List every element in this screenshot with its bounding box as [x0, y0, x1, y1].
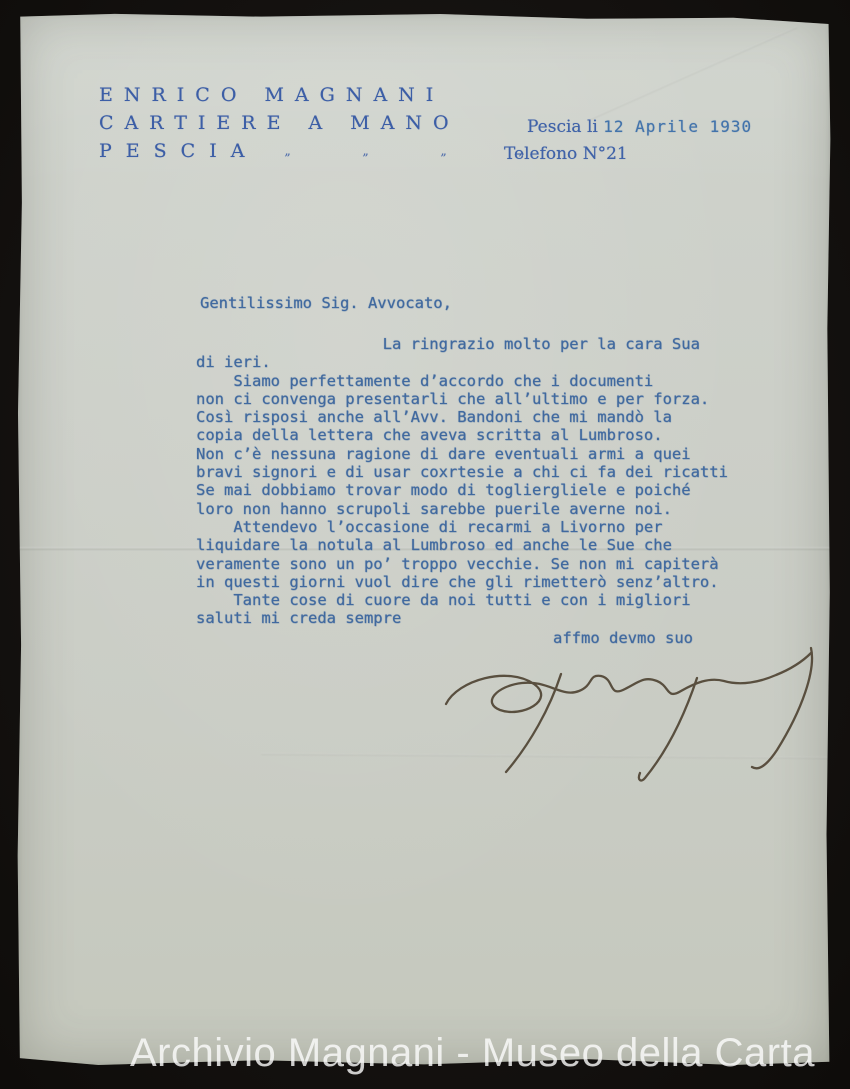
scanned-letter-photo: ENRICO MAGNANI CARTIERE A MANO PESCIA„ „…: [0, 0, 850, 1089]
body-line: loro non hanno scrupoli sarebbe puerile …: [196, 500, 728, 518]
fold-crease-diagonal: [587, 26, 798, 121]
letterhead-name: ENRICO MAGNANI: [99, 81, 559, 109]
body-line: Così risposi anche all’Avv. Bandoni che …: [196, 408, 728, 426]
body-line: Tante cose di cuore da noi tutti e con i…: [196, 591, 728, 609]
body-line: non ci convenga presentarli che all’ulti…: [196, 390, 728, 408]
body-line: in questi giorni vuol dire che gli rimet…: [196, 573, 728, 591]
salutation: Gentilissimo Sig. Avvocato,: [200, 294, 452, 312]
body-line: bravi signori e di usar coxrtesie a chi …: [196, 463, 728, 481]
body-line: Non c’è nessuna ragione di dare eventual…: [196, 445, 728, 463]
handwritten-signature: [430, 638, 832, 800]
body-line: Siamo perfettamente d’accordo che i docu…: [196, 372, 728, 390]
body-line: Se mai dobbiamo trovar modo di togliergl…: [196, 481, 728, 499]
watermark-caption: Archivio Magnani - Museo della Carta: [130, 1031, 815, 1076]
letterhead: ENRICO MAGNANI CARTIERE A MANO PESCIA„ „…: [99, 81, 559, 165]
body-line: La ringrazio molto per la cara Sua: [196, 335, 728, 353]
letterhead-city-line: PESCIA„ „ „ „: [99, 137, 559, 165]
letterhead-city: PESCIA: [99, 137, 258, 165]
date-row: Pescia li 12 Aprile 1930: [504, 113, 752, 141]
date-typed: 12 Aprile 1930: [603, 117, 752, 136]
signature-strokes: [446, 648, 812, 780]
body-line: copia della lettera che aveva scritta al…: [196, 426, 728, 444]
letter-paper: ENRICO MAGNANI CARTIERE A MANO PESCIA„ „…: [17, 13, 831, 1066]
body-line: veramente sono un po’ troppo vecchie. Se…: [196, 555, 728, 573]
body-line: Attendevo l’occasione di recarmi a Livor…: [196, 518, 728, 536]
body-line: liquidare la notula al Lumbroso ed anche…: [196, 536, 728, 554]
date-place-printed: Pescia li: [527, 117, 598, 137]
body-line: di ieri.: [196, 353, 728, 371]
letter-body: La ringrazio molto per la cara Sua di ie…: [196, 335, 728, 628]
dateline: Pescia li 12 Aprile 1930 Telefono N°21: [504, 113, 752, 168]
letterhead-business: CARTIERE A MANO: [99, 109, 559, 137]
telephone-line: Telefono N°21: [504, 141, 752, 168]
body-line: saluti mi creda sempre: [196, 609, 728, 627]
